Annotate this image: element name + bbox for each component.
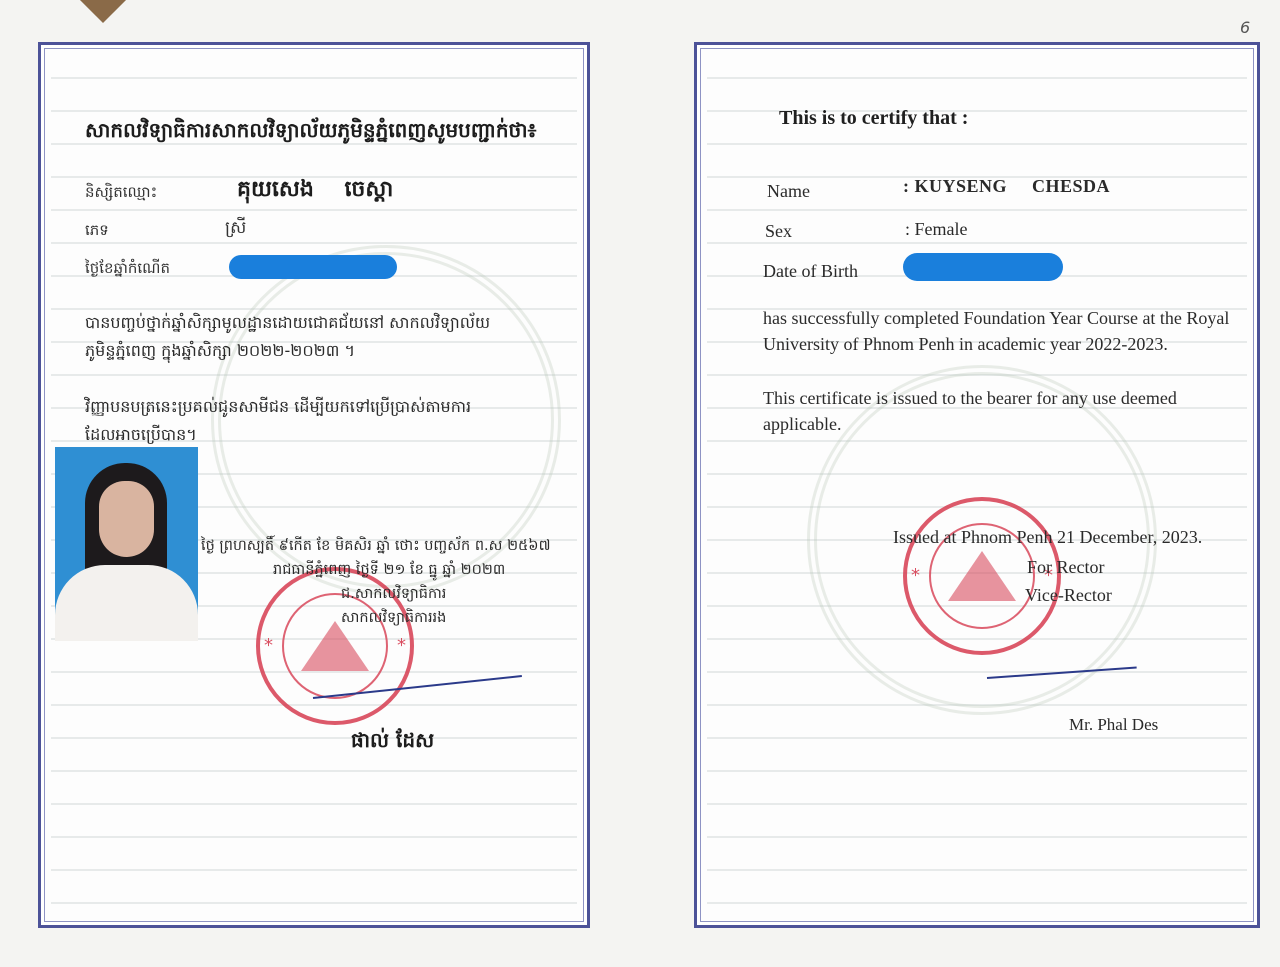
dob-redaction-mark [903,253,1063,281]
khmer-sex-label: ភេទ [85,221,109,243]
khmer-heading: សាកលវិទ្យាធិការសាកលវិទ្យាល័យភូមិន្ទភ្នំព… [85,117,536,147]
khmer-certificate-page: សាកលវិទ្យាធិការសាកលវិទ្យាល័យភូមិន្ទភ្នំព… [38,42,590,928]
sex-value: : Female [905,219,967,240]
completion-paragraph: has successfully completed Foundation Ye… [763,305,1253,357]
dob-redaction-mark [229,255,397,279]
usage-paragraph: This certificate is issued to the bearer… [763,385,1243,437]
english-certificate-page: This is to certify that : Name : KUYSENG… [694,42,1260,928]
issued-place-date: Issued at Phnom Penh 21 December, 2023. [893,527,1202,548]
name-value: : KUYSENG CHESDA [903,176,1110,197]
dob-label: Date of Birth [763,261,858,282]
for-rector-label: For Rector [1027,557,1104,578]
signatory-name: Mr. Phal Des [1069,715,1158,735]
khmer-name-value: គុយសេង ចេស្ដា [237,175,393,207]
name-label: Name [767,181,810,202]
khmer-name-label: និស្សិតឈ្មោះ [85,183,157,205]
khmer-dob-label: ថ្ងៃខែឆ្នាំកំណើត [85,259,170,281]
khmer-issue-date: រាជធានីភ្នំពេញ ថ្ងៃទី ២១ ខែ ធ្នូ ឆ្នាំ ២… [273,561,505,582]
khmer-signatory-name: ផាល់ ដែស [351,727,434,757]
student-photo [55,447,198,641]
khmer-for-rector: ជ.សាកលវិទ្យាធិការ [341,585,446,606]
certify-heading: This is to certify that : [779,107,968,130]
handwritten-page-number: 6 [1240,18,1250,37]
khmer-vice-rector: សាកលវិទ្យាធិការរង [341,609,446,630]
khmer-completion-paragraph: បានបញ្ចប់ថ្នាក់ឆ្នាំសិក្សាមូលដ្ឋានដោយជោគ… [85,309,505,365]
vice-rector-label: Vice-Rector [1025,585,1112,606]
khmer-usage-paragraph: វិញ្ញាបនបត្រនេះប្រគល់ជូនសាមីជន ដើម្បីយកទ… [85,393,505,449]
binder-corner-tab [79,0,127,23]
khmer-lunar-date: ថ្ងៃ ព្រហស្បតិ៍ ៩កើត ខែ មិគសិរ ឆ្នាំ ថោះ… [201,537,550,558]
sex-label: Sex [765,221,792,242]
khmer-sex-value: ស្រី [225,217,246,242]
